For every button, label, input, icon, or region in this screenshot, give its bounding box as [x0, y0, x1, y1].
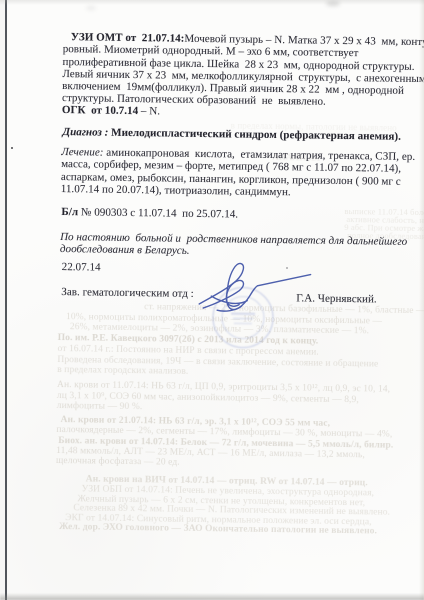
chest-xray-line: ОГК от 10.7.14 – N. — [62, 104, 160, 118]
treatment-label: Лечение: — [61, 146, 103, 159]
sick-leave-text: № 090303 с 11.07.14 по 25.07.14. — [78, 206, 238, 220]
diagnosis-text: Миелодиспластический синдром (рефрактерн… — [108, 127, 401, 143]
scan-top-edge-shadow — [0, 0, 424, 5]
scan-smudge — [86, 6, 96, 10]
scan-speck — [286, 267, 288, 269]
ultrasound-text: Мочевой пузырь – N. Матка 37 х 29 х 43 м… — [62, 33, 424, 108]
scan-right-edge-shadow — [419, 0, 424, 600]
sick-leave-line: Б/л № 090303 с 11.07.14 по 25.07.14. — [61, 206, 238, 221]
diagnosis-line: Диагноз : Миелодиспластический синдром (… — [62, 126, 401, 143]
scan-smudge — [326, 1, 340, 6]
scanned-medical-document: в пределах нормы, патологии не выявленоА… — [0, 0, 424, 600]
signoff-label: Зав. гематологическим отд : — [61, 286, 194, 300]
scan-bottom-edge-shadow — [0, 593, 424, 600]
treatment-paragraph: Лечение: аминокапроновая кислота, етамзи… — [61, 146, 416, 200]
scan-speck — [11, 147, 13, 149]
diagnosis-label: Диагноз : — [62, 126, 108, 139]
document-content: УЗИ ОМТ от 21.07.14:Мочевой пузырь – N. … — [0, 0, 424, 600]
ultrasound-paragraph: УЗИ ОМТ от 21.07.14:Мочевой пузырь – N. … — [62, 31, 424, 110]
document-date: 22.07.14 — [62, 261, 101, 274]
scan-left-edge-line — [5, 0, 7, 600]
chest-xray-result: – N. — [138, 105, 160, 117]
doctor-signature — [181, 252, 317, 324]
treatment-text: аминокапроновая кислота, етамзилат натри… — [61, 147, 416, 199]
chest-xray-label: ОГК от 10.7.14 — [62, 104, 138, 117]
sick-leave-label: Б/л — [61, 206, 78, 218]
